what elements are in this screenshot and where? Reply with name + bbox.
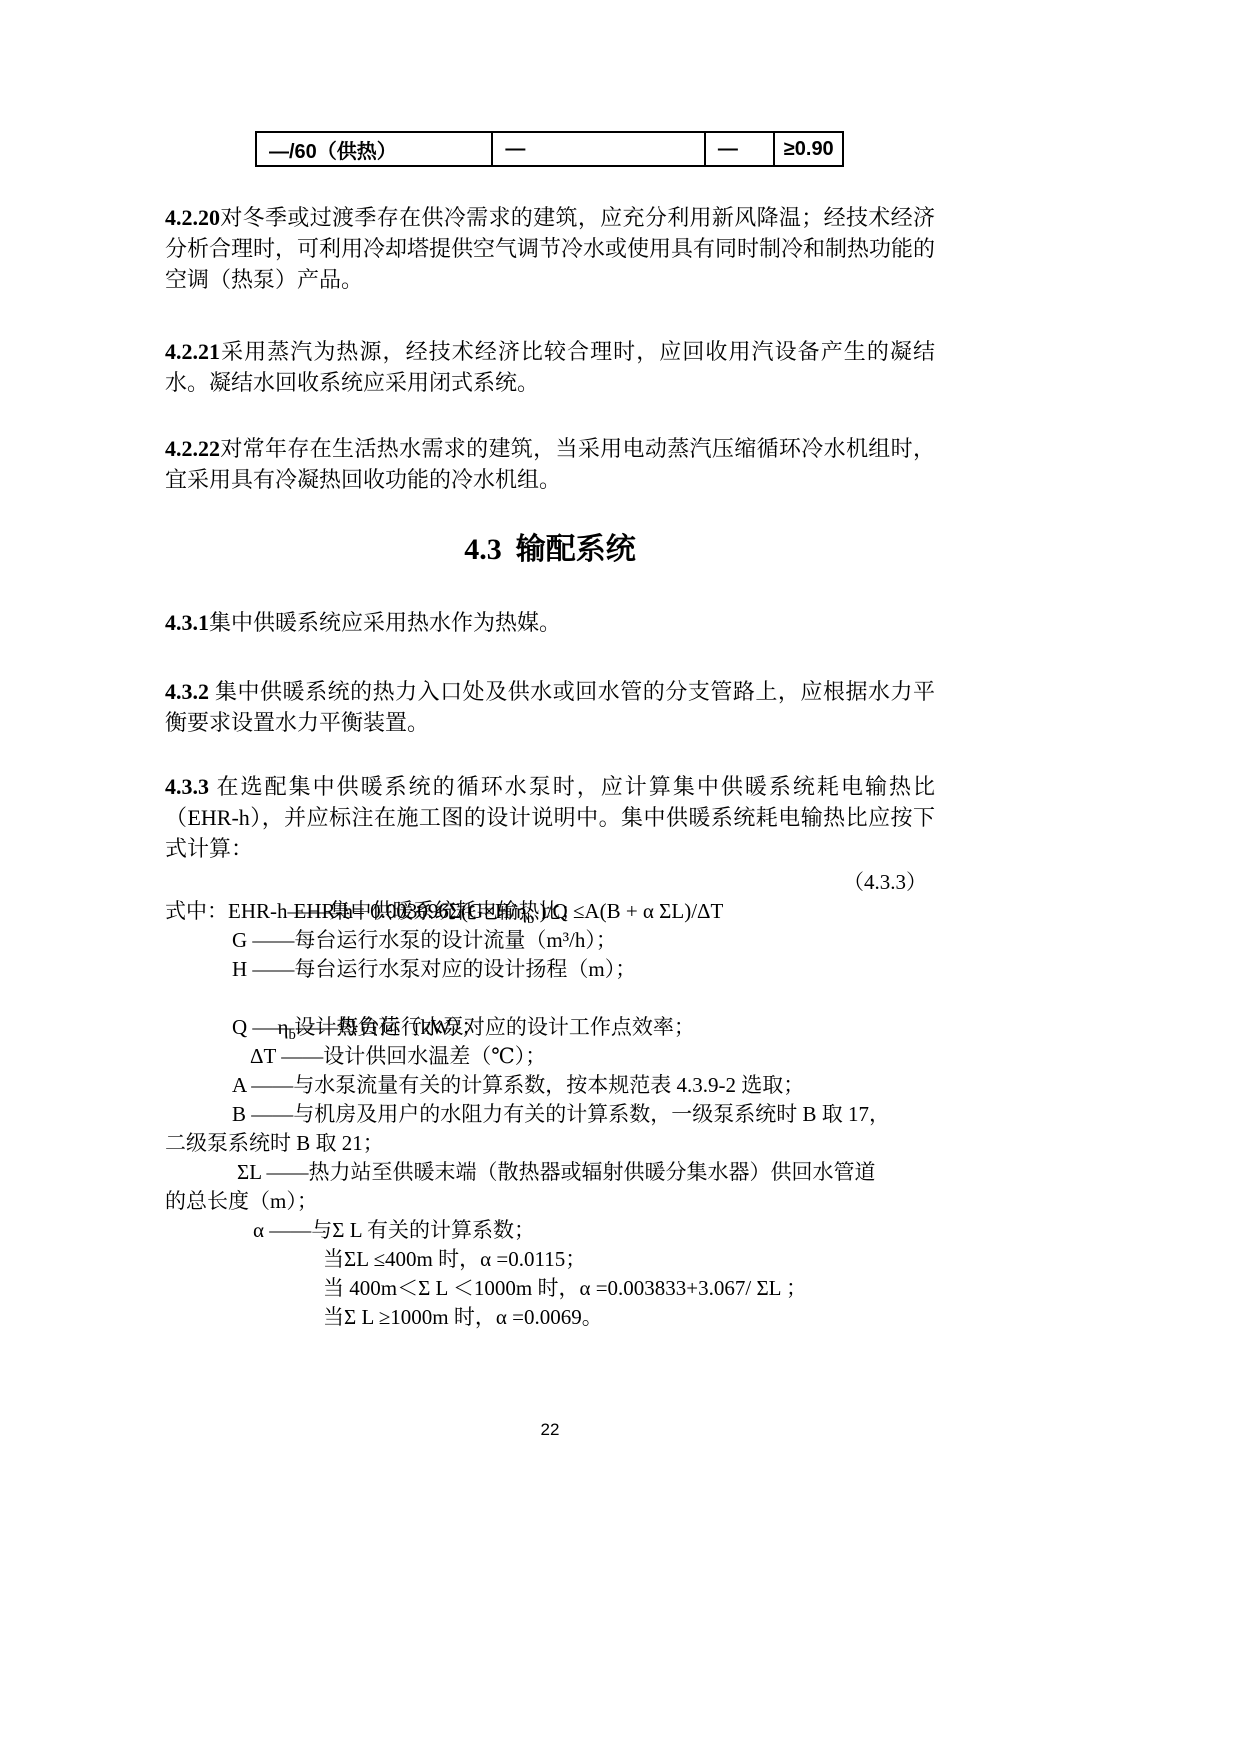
paragraph-4-2-20: 4.2.20对冬季或过渡季存在供冷需求的建筑，应充分利用新风降温；经技术经济分析… [165, 202, 935, 295]
section-heading: 4.3输配系统 [165, 529, 935, 571]
table-cell: — [491, 133, 704, 165]
condition-line-3: 当Σ L ≥1000m 时，α =0.0069。 [165, 1303, 935, 1332]
paragraph-4-3-3: 4.3.3 在选配集中供暖系统的循环水泵时，应计算集中供暖系统耗电输热比（EHR… [165, 771, 935, 864]
formula-expression: )/Q ≤A(B + α ΣL)/ΔT [534, 899, 723, 923]
clause-number: 4.2.20 [165, 205, 220, 230]
table-cell: ≥0.90 [773, 133, 842, 165]
definition-line-deltaT: ΔT ——设计供回水温差（℃）； [165, 1042, 935, 1071]
paragraph-4-3-1: 4.3.1集中供暖系统应采用热水作为热媒。 [165, 607, 935, 638]
formula-line: EHR-h= 0.003096Σ(G×H/ηb )/Q ≤A(B + α ΣL)… [165, 868, 935, 897]
clause-text: 集中供暖系统应采用热水作为热媒。 [209, 610, 561, 635]
definition-line-B-wrap: 二级泵系统时 B 取 21； [165, 1129, 935, 1158]
page-number: 22 [165, 1420, 935, 1440]
definition-line-B: B ——与机房及用户的水阻力有关的计算系数，一级泵系统时 B 取 17， [165, 1100, 935, 1129]
formula-number: （4.3.3） [843, 868, 927, 897]
definition-line-sigmaL: ΣL ——热力站至供暖末端（散热器或辐射供暖分集水器）供回水管道 [165, 1158, 935, 1187]
paragraph-4-2-22: 4.2.22对常年存在生活热水需求的建筑，当采用电动蒸汽压缩循环冷水机组时，宜采… [165, 433, 935, 495]
clause-text: 采用蒸汽为热源，经技术经济比较合理时，应回收用汽设备产生的凝结水。凝结水回收系统… [165, 339, 935, 395]
clause-text: 在选配集中供暖系统的循环水泵时，应计算集中供暖系统耗电输热比（EHR-h），并应… [165, 774, 935, 861]
condition-line-1: 当ΣL ≤400m 时，α =0.0115； [165, 1245, 935, 1274]
paragraph-4-2-21: 4.2.21采用蒸汽为热源，经技术经济比较合理时，应回收用汽设备产生的凝结水。凝… [165, 336, 935, 398]
definition-line-alpha: α ——与Σ L 有关的计算系数； [165, 1216, 935, 1245]
clause-number: 4.2.22 [165, 436, 220, 461]
condition-line-2: 当 400m＜Σ L ＜1000m 时，α =0.003833+3.067/ Σ… [165, 1274, 935, 1303]
clause-number: 4.3.3 [165, 774, 217, 799]
table-cell: — [704, 133, 774, 165]
formula-expression: EHR-h= 0.003096Σ(G×H/η [294, 899, 528, 923]
section-title: 输配系统 [516, 533, 636, 566]
formula-block: EHR-h= 0.003096Σ(G×H/ηb )/Q ≤A(B + α ΣL)… [165, 868, 935, 1332]
definition-line-A: A ——与水泵流量有关的计算系数，按本规范表 4.3.9-2 选取； [165, 1071, 935, 1100]
clause-number: 4.2.21 [165, 339, 220, 364]
clause-text: 对常年存在生活热水需求的建筑，当采用电动蒸汽压缩循环冷水机组时，宜采用具有冷凝热… [165, 436, 935, 492]
document-page: —/60（供热） — — ≥0.90 4.2.20对冬季或过渡季存在供冷需求的建… [0, 0, 1240, 1754]
table-cell: —/60（供热） [257, 133, 491, 165]
clause-number: 4.3.2 [165, 679, 215, 704]
definition-line-sigmaL-wrap: 的总长度（m）； [165, 1187, 935, 1216]
continuation-table: —/60（供热） — — ≥0.90 [255, 131, 844, 167]
section-number: 4.3 [464, 533, 502, 566]
paragraph-4-3-2: 4.3.2 集中供暖系统的热力入口处及供水或回水管的分支管路上，应根据水力平衡要… [165, 676, 935, 738]
clause-number: 4.3.1 [165, 610, 209, 635]
clause-text: 集中供暖系统的热力入口处及供水或回水管的分支管路上，应根据水力平衡要求设置水力平… [165, 679, 935, 735]
clause-text: 对冬季或过渡季存在供冷需求的建筑，应充分利用新风降温；经技术经济分析合理时，可利… [165, 205, 935, 292]
